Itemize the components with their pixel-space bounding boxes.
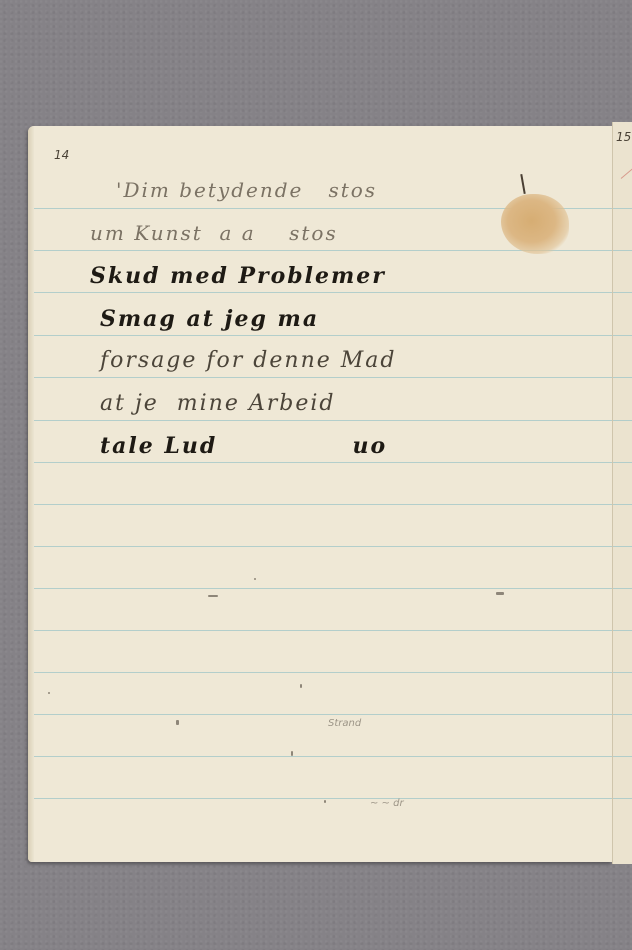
page-number-left: 14: [54, 148, 69, 162]
ruled-line: [34, 420, 612, 421]
ruled-line: [34, 292, 612, 293]
ink-speck: [254, 578, 256, 580]
ruled-line: [34, 588, 612, 589]
ruled-line: [34, 335, 612, 336]
ink-speck: [300, 684, 302, 688]
handwritten-line-2: um Kunst a a stos: [90, 221, 338, 245]
ruled-line: [613, 335, 632, 336]
ink-speck: [176, 720, 179, 725]
ink-speck: [48, 692, 50, 694]
ruled-line: [613, 250, 632, 251]
ruled-line: [613, 504, 632, 505]
ruled-line: [613, 377, 632, 378]
handwritten-line-6: at je mine Arbeid: [100, 391, 335, 416]
ruled-line: [34, 798, 612, 799]
handwritten-line-3: Skud med Problemer: [90, 263, 386, 289]
ruled-line: [34, 504, 612, 505]
notebook-left-page: 14 'Dim betydende stos um Kunst a a stos…: [28, 126, 612, 862]
ruled-line: [613, 798, 632, 799]
ink-stain: [501, 194, 569, 254]
ruled-line: [34, 756, 612, 757]
handwritten-line-4: Smag at jeg ma: [100, 306, 319, 332]
faint-trace: ~ ~ dr: [370, 798, 404, 809]
handwritten-line-1: 'Dim betydende stos: [116, 178, 377, 202]
ruled-line: [613, 546, 632, 547]
handwritten-line-5: forsage for denne Mad: [100, 348, 396, 373]
ruled-line: [613, 756, 632, 757]
ink-speck: [291, 751, 293, 756]
page-edge: [28, 126, 34, 862]
faint-trace: Strand: [328, 718, 361, 729]
ruled-line: [34, 546, 612, 547]
ruled-line: [613, 672, 632, 673]
ruled-line: [613, 462, 632, 463]
ink-speck: [324, 800, 326, 803]
ink-drip: [520, 174, 525, 194]
ink-speck: [208, 595, 218, 597]
ruled-line: [34, 714, 612, 715]
ink-speck: [496, 592, 504, 595]
page-number-right: 15: [616, 130, 631, 144]
ruled-line: [34, 630, 612, 631]
ruled-line: [613, 208, 632, 209]
notebook-right-page: 15: [612, 122, 632, 864]
ruled-line: [613, 292, 632, 293]
ruled-line: [613, 714, 632, 715]
handwritten-line-7: tale Lud uo: [100, 433, 387, 459]
ruled-line: [34, 462, 612, 463]
ruled-line: [613, 588, 632, 589]
ruled-line: [34, 377, 612, 378]
margin-line: [621, 165, 632, 179]
ruled-line: [34, 672, 612, 673]
ruled-line: [613, 630, 632, 631]
ruled-line: [613, 420, 632, 421]
